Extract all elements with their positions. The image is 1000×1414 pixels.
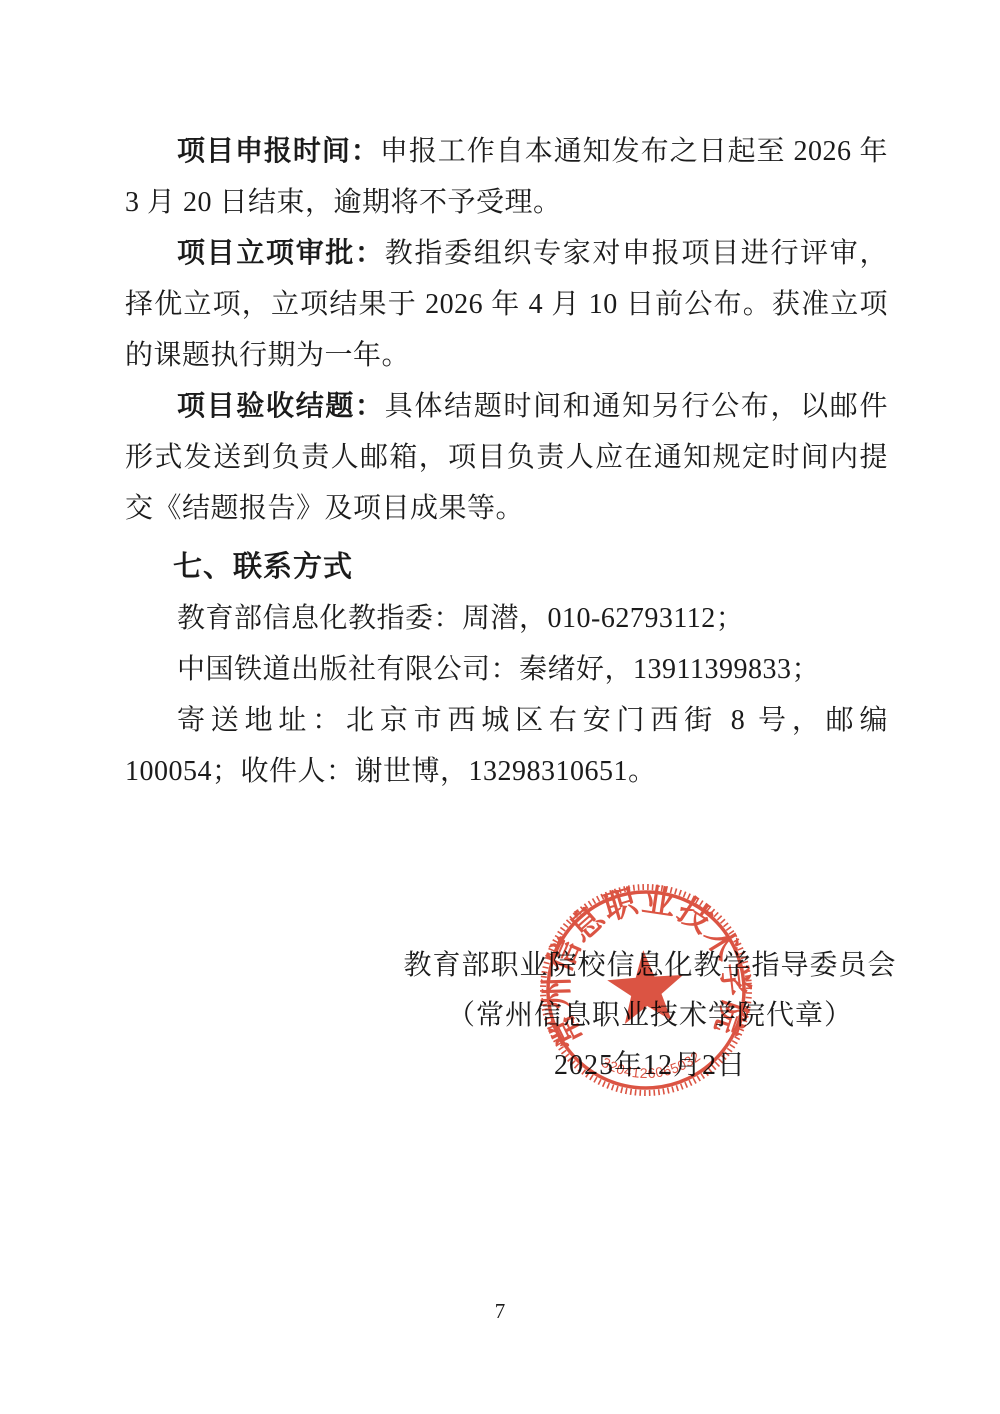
signature-date: 2025年12月2日 (300, 1041, 1000, 1091)
page-number: 7 (0, 1298, 1000, 1324)
document-body: 项目申报时间：申报工作自本通知发布之日起至 2026 年 3 月 20 日结束，… (125, 126, 888, 797)
paragraph-label: 项目验收结题： (177, 391, 385, 422)
paragraph-label: 项目立项审批： (177, 238, 385, 269)
signature-organization: 教育部职业院校信息化教学指导委员会 (300, 941, 1000, 991)
signature-block: 教育部职业院校信息化教学指导委员会 （常州信息职业技术学院代章） 2025年12… (300, 941, 1000, 1091)
paragraph-approval: 项目立项审批：教指委组织专家对申报项目进行评审，择优立项，立项结果于 2026 … (125, 228, 888, 381)
contact-line-jiaozhiwei: 教育部信息化教指委：周潜，010-62793112； (125, 593, 888, 644)
contact-line-address: 寄送地址：北京市西城区右安门西街 8 号，邮编 100054；收件人：谢世博，1… (125, 695, 888, 797)
contact-line-publisher: 中国铁道出版社有限公司：秦绪好，13911399833； (125, 644, 888, 695)
signature-proxy-note: （常州信息职业技术学院代章） (300, 991, 1000, 1041)
paragraph-label: 项目申报时间： (177, 136, 380, 167)
paragraph-acceptance: 项目验收结题：具体结题时间和通知另行公布，以邮件形式发送到负责人邮箱，项目负责人… (125, 381, 888, 534)
document-page: 项目申报时间：申报工作自本通知发布之日起至 2026 年 3 月 20 日结束，… (0, 0, 1000, 1414)
section-heading-contact: 七、联系方式 (125, 542, 888, 593)
paragraph-declare-time: 项目申报时间：申报工作自本通知发布之日起至 2026 年 3 月 20 日结束，… (125, 126, 888, 228)
